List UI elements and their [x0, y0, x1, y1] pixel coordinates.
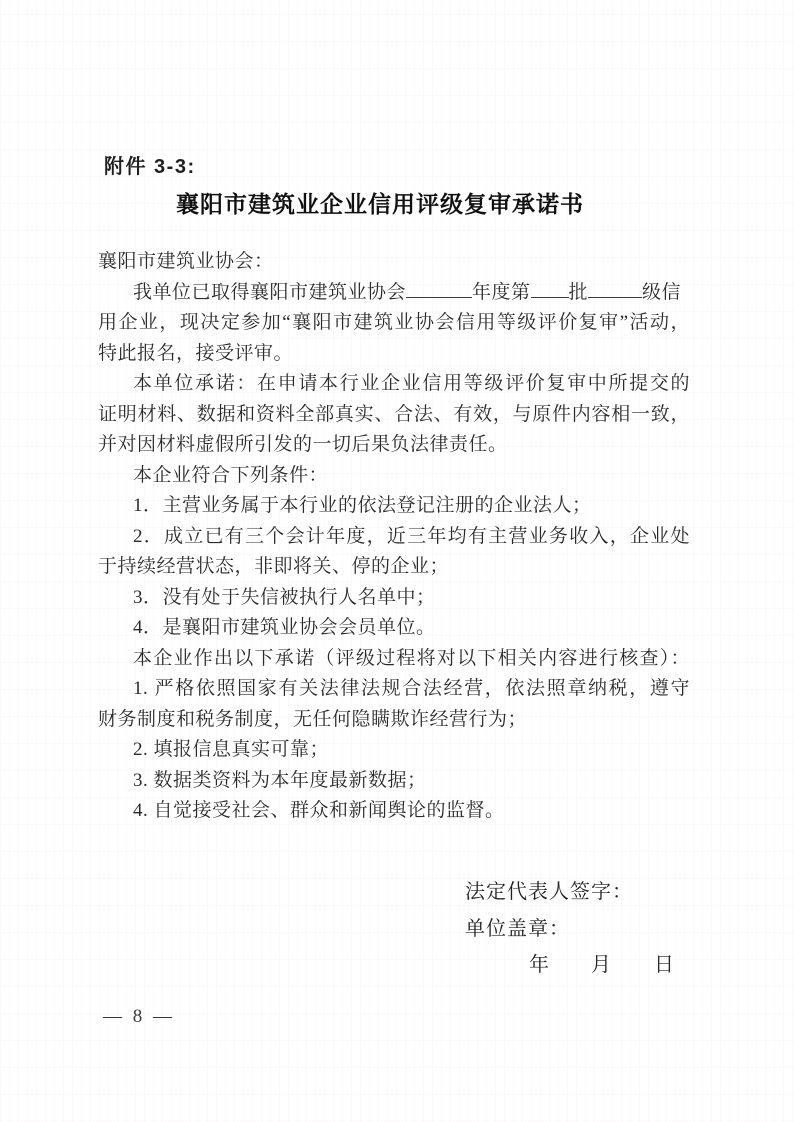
salutation-line: 襄阳市建筑业协会：	[98, 247, 690, 278]
day-label: 日	[654, 947, 675, 984]
body-line: 2．成立已有三个会计年度，近三年均有主营业务收入，企业处	[98, 522, 690, 553]
body-line: 2. 填报信息真实可靠；	[98, 735, 690, 766]
body-line: 财务制度和税务制度，无任何隐瞒欺诈经营行为；	[98, 705, 690, 736]
intro-seg3: 批	[569, 282, 589, 303]
body-line: 特此报名，接受评审。	[98, 339, 690, 370]
body-line: 4．是襄阳市建筑业协会会员单位。	[98, 613, 690, 644]
page-number: — 8 —	[103, 1006, 175, 1028]
body-line: 本单位承诺：在申请本行业企业信用等级评价复审中所提交的	[98, 369, 690, 400]
body-line: 1．主营业务属于本行业的依法登记注册的企业法人；	[98, 491, 690, 522]
attachment-label: 附件 3-3:	[104, 150, 196, 179]
grade-blank-field	[588, 282, 642, 298]
intro-seg2: 年度第	[472, 282, 531, 303]
body-line: 4. 自觉接受社会、群众和新闻舆论的监督。	[98, 796, 690, 827]
signature-block: 法定代表人签字： 单位盖章： 年 月 日	[465, 874, 675, 984]
unit-seal-label: 单位盖章：	[465, 911, 675, 948]
body-line: 用企业，现决定参加“襄阳市建筑业协会信用等级评价复审”活动，	[98, 308, 690, 339]
intro-seg4: 级信	[642, 282, 681, 303]
body-line: 3．没有处于失信被执行人名单中；	[98, 583, 690, 614]
document-title: 襄阳市建筑业企业信用评级复审承诺书	[84, 186, 676, 219]
body-line: 于持续经营状态，非即将关、停的企业；	[98, 552, 690, 583]
body-line: 本企业符合下列条件：	[98, 461, 690, 492]
body-line: 证明材料、数据和资料全部真实、合法、有效，与原件内容相一致，	[98, 400, 690, 431]
intro-line-with-blanks: 我单位已取得襄阳市建筑业协会年度第批级信	[98, 278, 690, 309]
document-body: 襄阳市建筑业协会： 我单位已取得襄阳市建筑业协会年度第批级信 用企业，现决定参加…	[98, 247, 690, 827]
legal-rep-signature-label: 法定代表人签字：	[465, 874, 675, 911]
month-label: 月	[591, 947, 612, 984]
intro-seg1: 我单位已取得襄阳市建筑业协会	[133, 282, 406, 303]
body-line: 1. 严格依照国家有关法律法规合法经营，依法照章纳税，遵守	[98, 674, 690, 705]
date-line: 年 月 日	[465, 947, 675, 984]
body-line: 本企业作出以下承诺（评级过程将对以下相关内容进行核查）：	[98, 644, 690, 675]
batch-blank-field	[531, 282, 569, 298]
body-line: 并对因材料虚假所引发的一切后果负法律责任。	[98, 430, 690, 461]
body-line: 3. 数据类资料为本年度最新数据；	[98, 766, 690, 797]
year-blank-field	[406, 282, 472, 298]
year-label: 年	[529, 947, 550, 984]
